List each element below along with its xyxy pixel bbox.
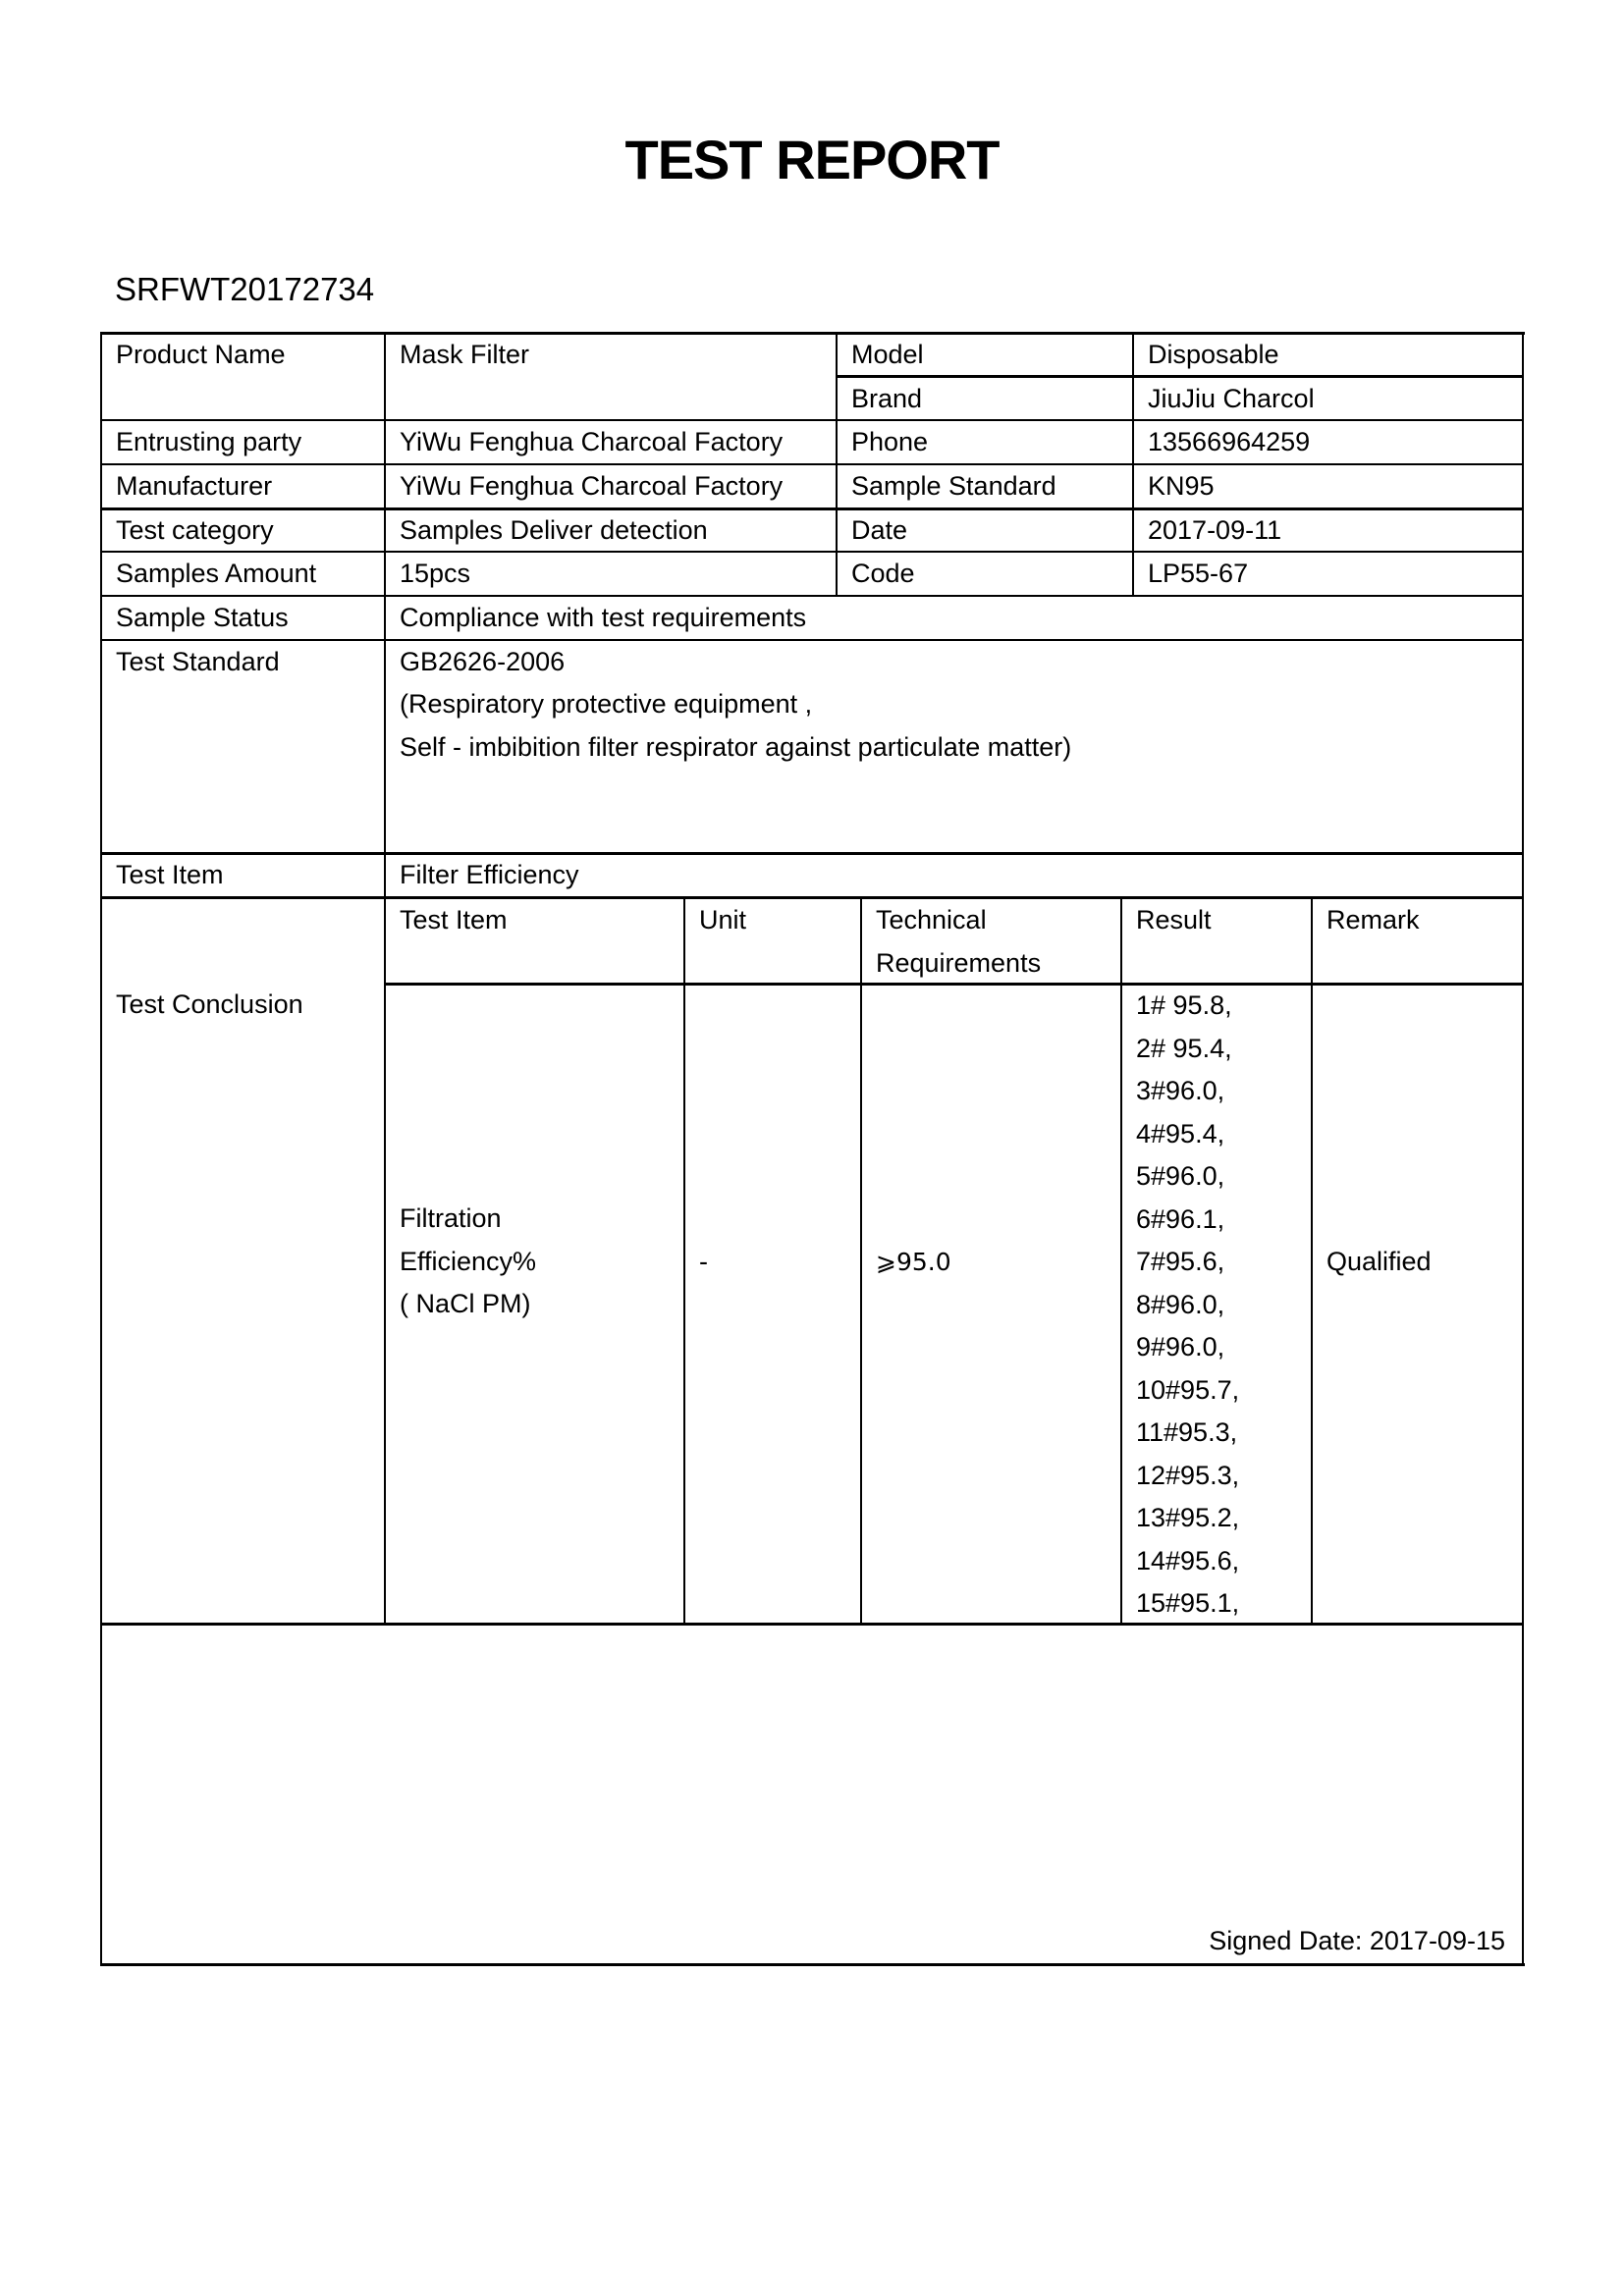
- rule: [683, 897, 685, 1624]
- test-standard-line: (Respiratory protective equipment ,: [400, 683, 812, 726]
- result-item: 4#95.4,: [1136, 1113, 1224, 1156]
- result-item: 2# 95.4,: [1136, 1028, 1232, 1071]
- value-product-name: Mask Filter: [400, 334, 529, 377]
- label-test-standard: Test Standard: [116, 641, 280, 684]
- value-code: LP55-67: [1148, 553, 1248, 596]
- label-entrusting-party: Entrusting party: [116, 421, 301, 464]
- value-manufacturer: YiWu Fenghua Charcoal Factory: [400, 465, 783, 508]
- label-sample-status: Sample Status: [116, 597, 289, 640]
- rule: [101, 852, 1523, 855]
- signed-date: Signed Date: 2017-09-15: [1209, 1920, 1505, 1963]
- header-unit: Unit: [699, 899, 746, 942]
- report-id: SRFWT20172734: [115, 267, 374, 312]
- result-item: 15#95.1,: [1136, 1582, 1239, 1626]
- value-samples-amount: 15pcs: [400, 553, 470, 596]
- rule: [101, 639, 1523, 641]
- value-test-item: Filter Efficiency: [400, 854, 579, 897]
- label-product-name: Product Name: [116, 334, 286, 377]
- label-brand: Brand: [851, 378, 922, 421]
- label-code: Code: [851, 553, 915, 596]
- table-border-top: [101, 332, 1525, 335]
- header-remark: Remark: [1326, 899, 1420, 942]
- rule: [384, 333, 386, 1624]
- result-item: 5#96.0,: [1136, 1155, 1224, 1199]
- rule: [101, 1623, 1523, 1626]
- test-standard-line: GB2626-2006: [400, 641, 565, 684]
- table-border-right: [1522, 332, 1524, 1966]
- rule: [836, 333, 838, 596]
- label-date: Date: [851, 509, 907, 553]
- header-technical-requirements: Technical Requirements: [876, 899, 1041, 985]
- page-title: TEST REPORT: [0, 126, 1624, 194]
- rule: [1311, 897, 1313, 1624]
- result-item: 7#95.6,: [1136, 1241, 1224, 1284]
- result-item: 10#95.7,: [1136, 1369, 1239, 1413]
- value-test-category: Samples Deliver detection: [400, 509, 708, 553]
- label-manufacturer: Manufacturer: [116, 465, 272, 508]
- label-test-conclusion: Test Conclusion: [116, 984, 303, 1027]
- rule: [860, 897, 862, 1624]
- result-item: 8#96.0,: [1136, 1284, 1224, 1327]
- value-sample-standard: KN95: [1148, 465, 1215, 508]
- label-samples-amount: Samples Amount: [116, 553, 316, 596]
- label-model: Model: [851, 334, 924, 377]
- value-brand: JiuJiu Charcol: [1148, 378, 1315, 421]
- result-item: 12#95.3,: [1136, 1455, 1239, 1498]
- header-result: Result: [1136, 899, 1212, 942]
- rule: [101, 507, 1523, 510]
- result-item: 1# 95.8,: [1136, 985, 1232, 1028]
- row-unit: -: [699, 1241, 708, 1284]
- result-item: 11#95.3,: [1136, 1412, 1237, 1455]
- row-technical-requirements: ⩾95.0: [876, 1241, 951, 1284]
- value-sample-status: Compliance with test requirements: [400, 597, 806, 640]
- table-border-bottom: [101, 1963, 1525, 1966]
- label-test-category: Test category: [116, 509, 274, 553]
- value-entrusting-party: YiWu Fenghua Charcoal Factory: [400, 421, 783, 464]
- header-test-item: Test Item: [400, 899, 508, 942]
- value-model: Disposable: [1148, 334, 1279, 377]
- rule: [1132, 333, 1134, 596]
- result-item: 6#96.1,: [1136, 1199, 1224, 1242]
- label-test-item: Test Item: [116, 854, 224, 897]
- value-phone: 13566964259: [1148, 421, 1310, 464]
- result-item: 14#95.6,: [1136, 1540, 1239, 1583]
- rule: [101, 896, 1523, 899]
- result-item: 3#96.0,: [1136, 1070, 1224, 1113]
- label-phone: Phone: [851, 421, 928, 464]
- rule: [1120, 897, 1122, 1624]
- value-date: 2017-09-11: [1148, 509, 1281, 553]
- row-remark: Qualified: [1326, 1241, 1432, 1284]
- table-border-left: [100, 332, 102, 1966]
- label-sample-standard: Sample Standard: [851, 465, 1056, 508]
- result-item: 13#95.2,: [1136, 1497, 1239, 1540]
- test-standard-line: Self - imbibition filter respirator agai…: [400, 726, 1071, 770]
- row-test-item: Filtration Efficiency% ( NaCl PM): [400, 1198, 536, 1326]
- result-item: 9#96.0,: [1136, 1326, 1224, 1369]
